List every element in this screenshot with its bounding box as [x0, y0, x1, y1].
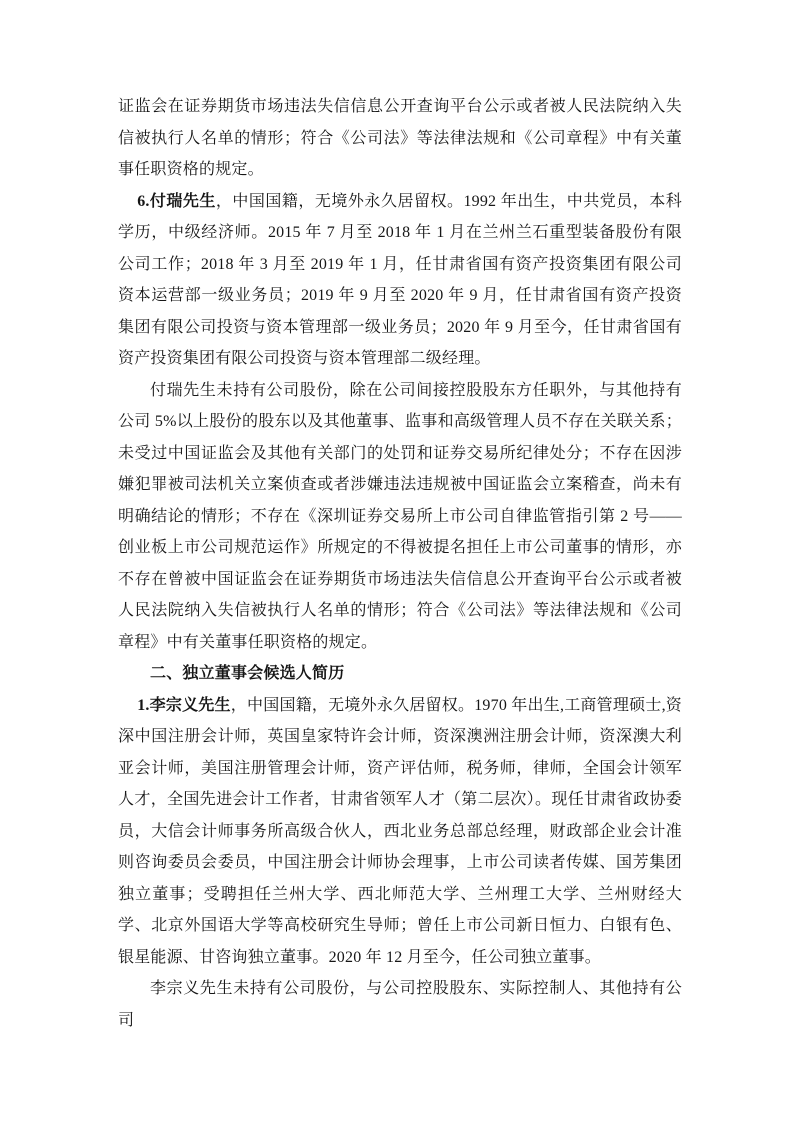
section-heading-independent-director-candidates: 二、独立董事会候选人简历: [118, 658, 682, 690]
fu-rui-bio-text: ，中国国籍，无境外永久居留权。1992 年出生，中共党员，本科学历，中级经济师。…: [118, 193, 682, 368]
candidate-name-fu-rui: 6.付瑞先生: [137, 193, 216, 210]
paragraph-eligibility-continuation: 证监会在证券期货市场违法失信信息公开查询平台公示或者被人民法院纳入失信被执行人名…: [118, 91, 682, 186]
li-zongyi-bio-text: ，中国国籍，无境外永久居留权。1970 年出生,工商管理硕士,资深中国注册会计师…: [118, 697, 682, 966]
paragraph-fu-rui-bio: 6.付瑞先生，中国国籍，无境外永久居留权。1992 年出生，中共党员，本科学历，…: [118, 186, 682, 375]
document-page: 证监会在证券期货市场违法失信信息公开查询平台公示或者被人民法院纳入失信被执行人名…: [0, 0, 793, 1122]
paragraph-li-zongyi-bio: 1.李宗义先生，中国国籍，无境外永久居留权。1970 年出生,工商管理硕士,资深…: [118, 690, 682, 974]
paragraph-li-zongyi-independence-statement: 李宗义先生未持有公司股份，与公司控股股东、实际控制人、其他持有公司: [118, 973, 682, 1036]
paragraph-fu-rui-independence-statement: 付瑞先生未持有公司股份，除在公司间接控股股东方任职外，与其他持有公司 5%以上股…: [118, 375, 682, 659]
document-text-block: 证监会在证券期货市场违法失信信息公开查询平台公示或者被人民法院纳入失信被执行人名…: [118, 91, 682, 1036]
candidate-name-li-zongyi: 1.李宗义先生: [137, 697, 231, 714]
